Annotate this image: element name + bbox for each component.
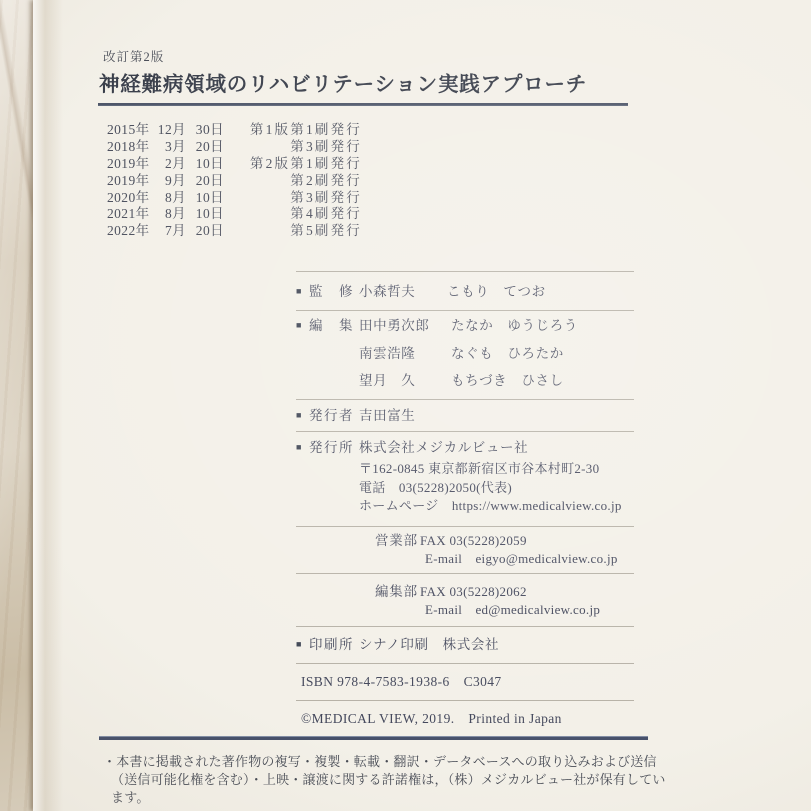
square-bullet-icon: ■ bbox=[296, 406, 309, 425]
history-day: 10日 bbox=[186, 190, 224, 207]
editor-name: 望月 久 bbox=[359, 371, 451, 390]
publisher-name: 株式会社メジカルビュー社 bbox=[359, 438, 622, 458]
issuer-label: 発行者 bbox=[309, 406, 359, 425]
sales-email: E-mail eigyo@medicalview.co.jp bbox=[425, 550, 618, 568]
supervisor-label: 監 修 bbox=[309, 282, 359, 301]
book-colophon-page: 改訂第2版 神経難病領域のリハビリテーション実践アプローチ 2015年12月30… bbox=[33, 0, 811, 811]
rights-notice-line: ・本書に掲載された著作物の複写・複製・転載・翻訳・データベースへの取り込みおよび… bbox=[103, 753, 703, 771]
print-history-row: 2019年2月10日第2版第1刷発行 bbox=[107, 156, 362, 173]
editor-entry: 南雲浩隆 なぐも ひろたか bbox=[359, 344, 578, 363]
supervisor-name: 小森哲夫 bbox=[359, 282, 447, 301]
history-edition: 第5刷発行 bbox=[224, 223, 362, 240]
history-year: 2022年 bbox=[107, 223, 153, 240]
rights-notice: ・本書に掲載された著作物の複写・複製・転載・翻訳・データベースへの取り込みおよび… bbox=[103, 753, 703, 806]
printer-label: 印刷所 bbox=[309, 635, 359, 654]
print-history-row: 2019年9月20日第2刷発行 bbox=[107, 173, 362, 190]
printer-name: シナノ印刷 株式会社 bbox=[359, 635, 499, 654]
supervisor-reading: こもり てつお bbox=[447, 282, 546, 301]
editorial-dept-contact: FAX 03(5228)2062 E-mail ed@medicalview.c… bbox=[420, 583, 600, 619]
history-year: 2019年 bbox=[107, 173, 153, 190]
square-bullet-icon: ■ bbox=[296, 635, 309, 654]
publisher-phone: 電話 03(5228)2050(代表) bbox=[359, 479, 622, 498]
history-month: 2月 bbox=[153, 156, 186, 173]
edition-label: 改訂第2版 bbox=[103, 47, 164, 65]
history-month: 7月 bbox=[153, 223, 186, 240]
sales-fax: FAX 03(5228)2059 bbox=[420, 532, 618, 550]
history-year: 2021年 bbox=[107, 206, 153, 223]
editorial-dept-label: 編集部 bbox=[375, 583, 420, 601]
title-double-rule bbox=[98, 103, 628, 106]
history-day: 30日 bbox=[186, 122, 224, 139]
publisher-label: 発行所 bbox=[309, 438, 359, 457]
isbn-row: ISBN 978-4-7583-1938-6 C3047 bbox=[296, 663, 634, 700]
history-day: 20日 bbox=[186, 139, 224, 156]
issuer-row: ■ 発行者 吉田富生 bbox=[296, 399, 634, 431]
editor-entry: 田中勇次郎 たなか ゆうじろう bbox=[359, 316, 578, 335]
editor-reading: なぐも ひろたか bbox=[451, 344, 564, 363]
printer-row: ■ 印刷所 シナノ印刷 株式会社 bbox=[296, 626, 634, 663]
history-day: 20日 bbox=[186, 223, 224, 240]
history-day: 20日 bbox=[186, 173, 224, 190]
history-year: 2018年 bbox=[107, 139, 153, 156]
history-day: 10日 bbox=[186, 156, 224, 173]
history-month: 12月 bbox=[153, 122, 186, 139]
publisher-address: 〒162-0845 東京都新宿区市谷本村町2-30 bbox=[359, 460, 622, 479]
editor-entry: 望月 久 もちづき ひさし bbox=[359, 371, 578, 390]
sales-dept-row: 営業部 FAX 03(5228)2059 E-mail eigyo@medica… bbox=[296, 526, 634, 573]
issuer-name: 吉田富生 bbox=[359, 406, 415, 425]
history-month: 9月 bbox=[153, 173, 186, 190]
history-day: 10日 bbox=[186, 206, 224, 223]
print-history-row: 2021年8月10日第4刷発行 bbox=[107, 206, 362, 223]
print-history-row: 2018年3月20日第3刷発行 bbox=[107, 139, 362, 156]
print-history: 2015年12月30日第1版第1刷発行 2018年3月20日第3刷発行 2019… bbox=[107, 122, 362, 240]
book-title: 神経難病領域のリハビリテーション実践アプローチ bbox=[99, 67, 587, 97]
history-month: 8月 bbox=[153, 190, 186, 207]
history-year: 2015年 bbox=[107, 122, 153, 139]
editor-name: 田中勇次郎 bbox=[359, 316, 451, 335]
publisher-homepage: ホームページ https://www.medicalview.co.jp bbox=[359, 497, 622, 516]
editor-name: 南雲浩隆 bbox=[359, 344, 451, 363]
editorial-fax: FAX 03(5228)2062 bbox=[420, 583, 600, 601]
rights-notice-line: ます。 bbox=[103, 789, 703, 807]
sales-dept-label: 営業部 bbox=[375, 532, 420, 550]
history-edition: 第3刷発行 bbox=[224, 190, 362, 207]
sales-dept-contact: FAX 03(5228)2059 E-mail eigyo@medicalvie… bbox=[420, 532, 618, 568]
supervisor-row: ■ 監 修 小森哲夫 こもり てつお bbox=[296, 271, 634, 310]
square-bullet-icon: ■ bbox=[296, 282, 309, 301]
bottom-double-rule bbox=[99, 736, 648, 740]
copyright-row: ©MEDICAL VIEW, 2019. Printed in Japan bbox=[296, 700, 634, 737]
history-edition: 第4刷発行 bbox=[224, 206, 362, 223]
square-bullet-icon: ■ bbox=[296, 316, 309, 335]
history-month: 8月 bbox=[153, 206, 186, 223]
isbn-text: ISBN 978-4-7583-1938-6 C3047 bbox=[301, 672, 502, 691]
editorial-dept-row: 編集部 FAX 03(5228)2062 E-mail ed@medicalvi… bbox=[296, 573, 634, 626]
colophon-table: ■ 監 修 小森哲夫 こもり てつお ■ 編 集 田中勇次郎 たなか ゆうじろう… bbox=[296, 271, 634, 737]
editorial-email: E-mail ed@medicalview.co.jp bbox=[425, 601, 600, 619]
editors-row: ■ 編 集 田中勇次郎 たなか ゆうじろう 南雲浩隆 なぐも ひろたか 望月 久… bbox=[296, 310, 634, 399]
history-year: 2020年 bbox=[107, 190, 153, 207]
editors-label: 編 集 bbox=[309, 316, 359, 335]
print-history-row: 2015年12月30日第1版第1刷発行 bbox=[107, 122, 362, 139]
copyright-text: ©MEDICAL VIEW, 2019. Printed in Japan bbox=[301, 709, 562, 728]
history-edition: 第3刷発行 bbox=[224, 139, 362, 156]
publisher-details: 株式会社メジカルビュー社 〒162-0845 東京都新宿区市谷本村町2-30 電… bbox=[359, 438, 622, 516]
print-history-row: 2022年7月20日第5刷発行 bbox=[107, 223, 362, 240]
history-month: 3月 bbox=[153, 139, 186, 156]
editors-list: 田中勇次郎 たなか ゆうじろう 南雲浩隆 なぐも ひろたか 望月 久 もちづき … bbox=[359, 316, 578, 390]
history-edition: 第2版第1刷発行 bbox=[224, 156, 362, 173]
history-year: 2019年 bbox=[107, 156, 153, 173]
history-edition: 第2刷発行 bbox=[224, 173, 362, 190]
publisher-row: ■ 発行所 株式会社メジカルビュー社 〒162-0845 東京都新宿区市谷本村町… bbox=[296, 431, 634, 526]
print-history-row: 2020年8月10日第3刷発行 bbox=[107, 190, 362, 207]
rights-notice-line: （送信可能化権を含む）・上映・譲渡に関する許諾権は，（株）メジカルビュー社が保有… bbox=[103, 771, 703, 789]
editor-reading: たなか ゆうじろう bbox=[451, 316, 578, 335]
editor-reading: もちづき ひさし bbox=[451, 371, 564, 390]
history-edition: 第1版第1刷発行 bbox=[224, 122, 362, 139]
square-bullet-icon: ■ bbox=[296, 438, 309, 457]
